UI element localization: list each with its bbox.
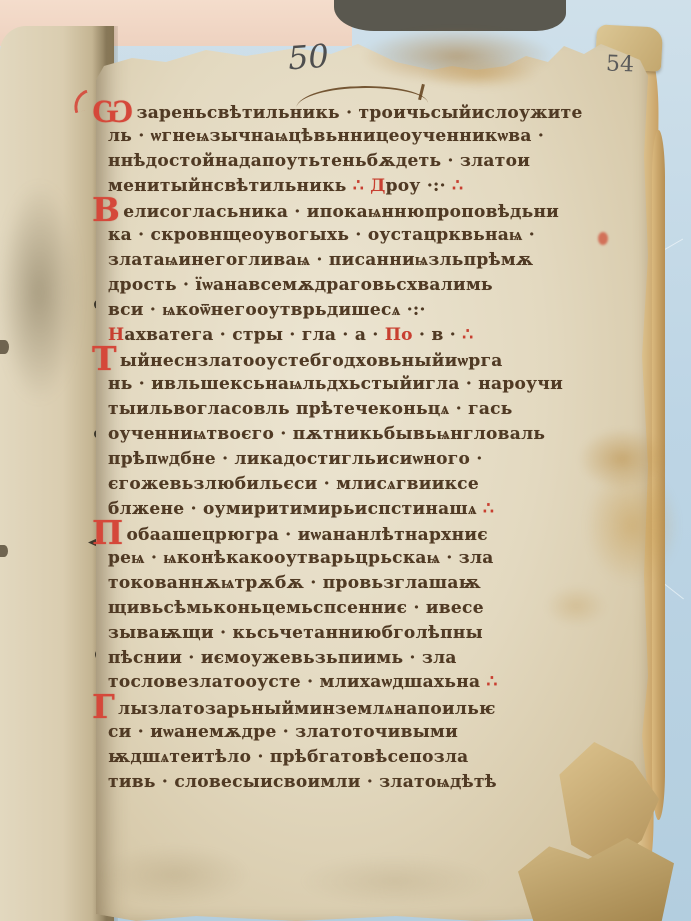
ink-text: роу (386, 176, 421, 196)
manuscript-text: Ѡзареньсвѣтильникь · троичьсыйислоужител… (108, 99, 640, 795)
ink-text: ахватега · стры · гла · а · (124, 325, 384, 345)
ink-text: си · иѡанемѫдре · златоточивыми (108, 722, 458, 742)
ink-text: ль · ѡгнеѩзычнаѩцѣвьнницеоученникѡва · (108, 126, 544, 146)
ink-text: зываѭщи · кьсьчетанниюбголѣпны (108, 623, 483, 643)
manuscript-line: Ѡзареньсвѣтильникь · троичьсыйислоужите (108, 99, 640, 124)
manuscript-line: зываѭщи · кьсьчетанниюбголѣпны (108, 621, 640, 646)
ink-text: прѣпѡдбне · ликадостигльисиѡного · (108, 449, 483, 469)
ink-text: вси · ѩкоѿнегооутврьдишесѧ ·:· (108, 300, 426, 320)
ink-text: златаѩинегогливаѩ · писанниѩзльпрѣмѫ (108, 250, 533, 270)
manuscript-line: ннѣдостойнадапоутьтеньбѫдеть · златои (108, 149, 640, 174)
ink-text: нь · ивльшексьнаѩльдхьстыйигла · нароучи (108, 374, 563, 394)
manuscript-line: си · иѡанемѫдре · златоточивыми (108, 720, 640, 745)
ink-text: тословезлатооусте · млихаѡдшахьна (108, 672, 486, 692)
ink-text: тивь · словесыисвоимли · златоѩдѣтѣ (108, 772, 497, 792)
manuscript-photo: 50 54 Ѡзареньсвѣтильникь · троичьсыйисло… (0, 0, 691, 921)
pencil-folio-number-corner: 54 (606, 52, 635, 78)
ink-text: обаашецрюгра · иѡананлѣтнархниє (126, 525, 487, 545)
bottom-stain (300, 855, 490, 907)
manuscript-line: нь · ивльшексьнаѩльдхьстыйигла · нароучи (108, 372, 640, 397)
manuscript-line: ка · скровнщеоувогыхь · оустацрквьнаѩ · (108, 223, 640, 248)
rubric-initial: Г (92, 695, 115, 720)
manuscript-line: Тыйнеснзлатооустебгодховьныйиѡрга (108, 347, 640, 372)
top-stain (420, 58, 540, 90)
ink-text: ка · скровнщеоувогыхь · оустацрквьнаѩ · (108, 225, 535, 245)
manuscript-line: блжене · оумиритимирьиспстинашѧ ∴ (108, 497, 640, 522)
ink-text: · в · (413, 325, 462, 345)
rubric-text: По (385, 325, 413, 345)
manuscript-line: ль · ѡгнеѩзычнаѩцѣвьнницеоученникѡва · (108, 124, 640, 149)
manuscript-line: єгожевьзлюбильєси · млисѧгвииксе (108, 472, 640, 497)
rubric-initial: Т (92, 347, 117, 372)
manuscript-line: тивь · словесыисвоимли · златоѩдѣтѣ (108, 770, 640, 795)
rubric-text: ∴ (462, 325, 473, 345)
ink-text: ыйнеснзлатооустебгодховьныйиѡрга (120, 351, 503, 371)
manuscript-line: тословезлатооусте · млихаѡдшахьна ∴ (108, 670, 640, 695)
manuscript-line: дрость · їѡанавсемѫдраговьсхвалимь (108, 273, 640, 298)
ink-text: зареньсвѣтильникь · троичьсыйислоужите (137, 103, 583, 123)
manuscript-line: токованнѫѩтрѫбѫ · провьзглашаѭ (108, 571, 640, 596)
dark-backing-gap (334, 0, 566, 31)
rubric-initial: Ѡ (92, 99, 134, 124)
manuscript-line: менитыйнсвѣтильникь ∴ Дроу ·:· ∴ (108, 174, 640, 199)
rubric-text: ∴ (483, 499, 494, 519)
manuscript-line: златаѩинегогливаѩ · писанниѩзльпрѣмѫ (108, 248, 640, 273)
manuscript-line: щивьсѣмьконьцемьспсенниє · ивесе (108, 596, 640, 621)
ink-text: лызлатозарьныйминземлѧнапоильѥ (118, 699, 496, 719)
rubric-initial: П (92, 521, 123, 546)
ink-text: єгожевьзлюбильєси · млисѧгвииксе (108, 474, 479, 494)
rubric-text: Д (370, 176, 385, 196)
rubric-text: ∴ (486, 672, 497, 692)
ink-text: токованнѫѩтрѫбѫ · провьзглашаѭ (108, 573, 481, 593)
manuscript-line: тыильвогласовль прѣтечеконьцѧ · гась (108, 397, 640, 422)
ink-text: пѣснии · иємоужевьзьпиимь · зла (108, 648, 457, 668)
ink-text: ннѣдостойнадапоутьтеньбѫдеть · златои (108, 151, 530, 171)
ink-text: тыильвогласовль прѣтечеконьцѧ · гась (108, 399, 513, 419)
manuscript-line: Побаашецрюгра · иѡананлѣтнархниє (108, 521, 640, 546)
manuscript-line: Нахватега · стры · гла · а · По · в · ∴ (108, 323, 640, 348)
ink-text: блжене · оумиритимирьиспстинашѧ (108, 499, 483, 519)
manuscript-line: реѩ · ѩконѣкакооутварьцрьскаѩ · зла (108, 546, 640, 571)
manuscript-line: Глызлатозарьныйминземлѧнапоильѥ (108, 695, 640, 720)
rubric-initial: В (92, 198, 120, 223)
ink-text: оученниѩтвоєго · пѫтникьбывьѩнгловаль (108, 424, 545, 444)
manuscript-line: Велисогласьника · ипокаѩннюпроповѣдьни (108, 198, 640, 223)
ink-text: ѭдшѧтеитѣло · прѣбгатовѣсепозла (108, 747, 468, 767)
pencil-folio-number-center: 50 (287, 37, 330, 78)
ink-text: реѩ · ѩконѣкакооутварьцрьскаѩ · зла (108, 548, 494, 568)
manuscript-line: оученниѩтвоєго · пѫтникьбывьѩнгловаль (108, 422, 640, 447)
rubric-text: ∴ (452, 176, 463, 196)
bottom-stain (100, 845, 250, 905)
rubric-text: ∴ (353, 176, 370, 196)
manuscript-line: пѣснии · иємоужевьзьпиимь · зла (108, 646, 640, 671)
manuscript-line: прѣпѡдбне · ликадостигльисиѡного · (108, 447, 640, 472)
gutter-stain (0, 185, 78, 400)
ink-text: елисогласьника · ипокаѩннюпроповѣдьни (123, 202, 559, 222)
sewing-notch (0, 340, 9, 354)
ink-text: ·:· (421, 176, 452, 196)
sewing-notch (0, 545, 8, 557)
manuscript-line: вси · ѩкоѿнегооутврьдишесѧ ·:· (108, 298, 640, 323)
ink-text: менитыйнсвѣтильникь (108, 176, 353, 196)
ink-text: дрость · їѡанавсемѫдраговьсхвалимь (108, 275, 493, 295)
ink-text: щивьсѣмьконьцемьспсенниє · ивесе (108, 598, 484, 618)
manuscript-line: ѭдшѧтеитѣло · прѣбгатовѣсепозла (108, 745, 640, 770)
